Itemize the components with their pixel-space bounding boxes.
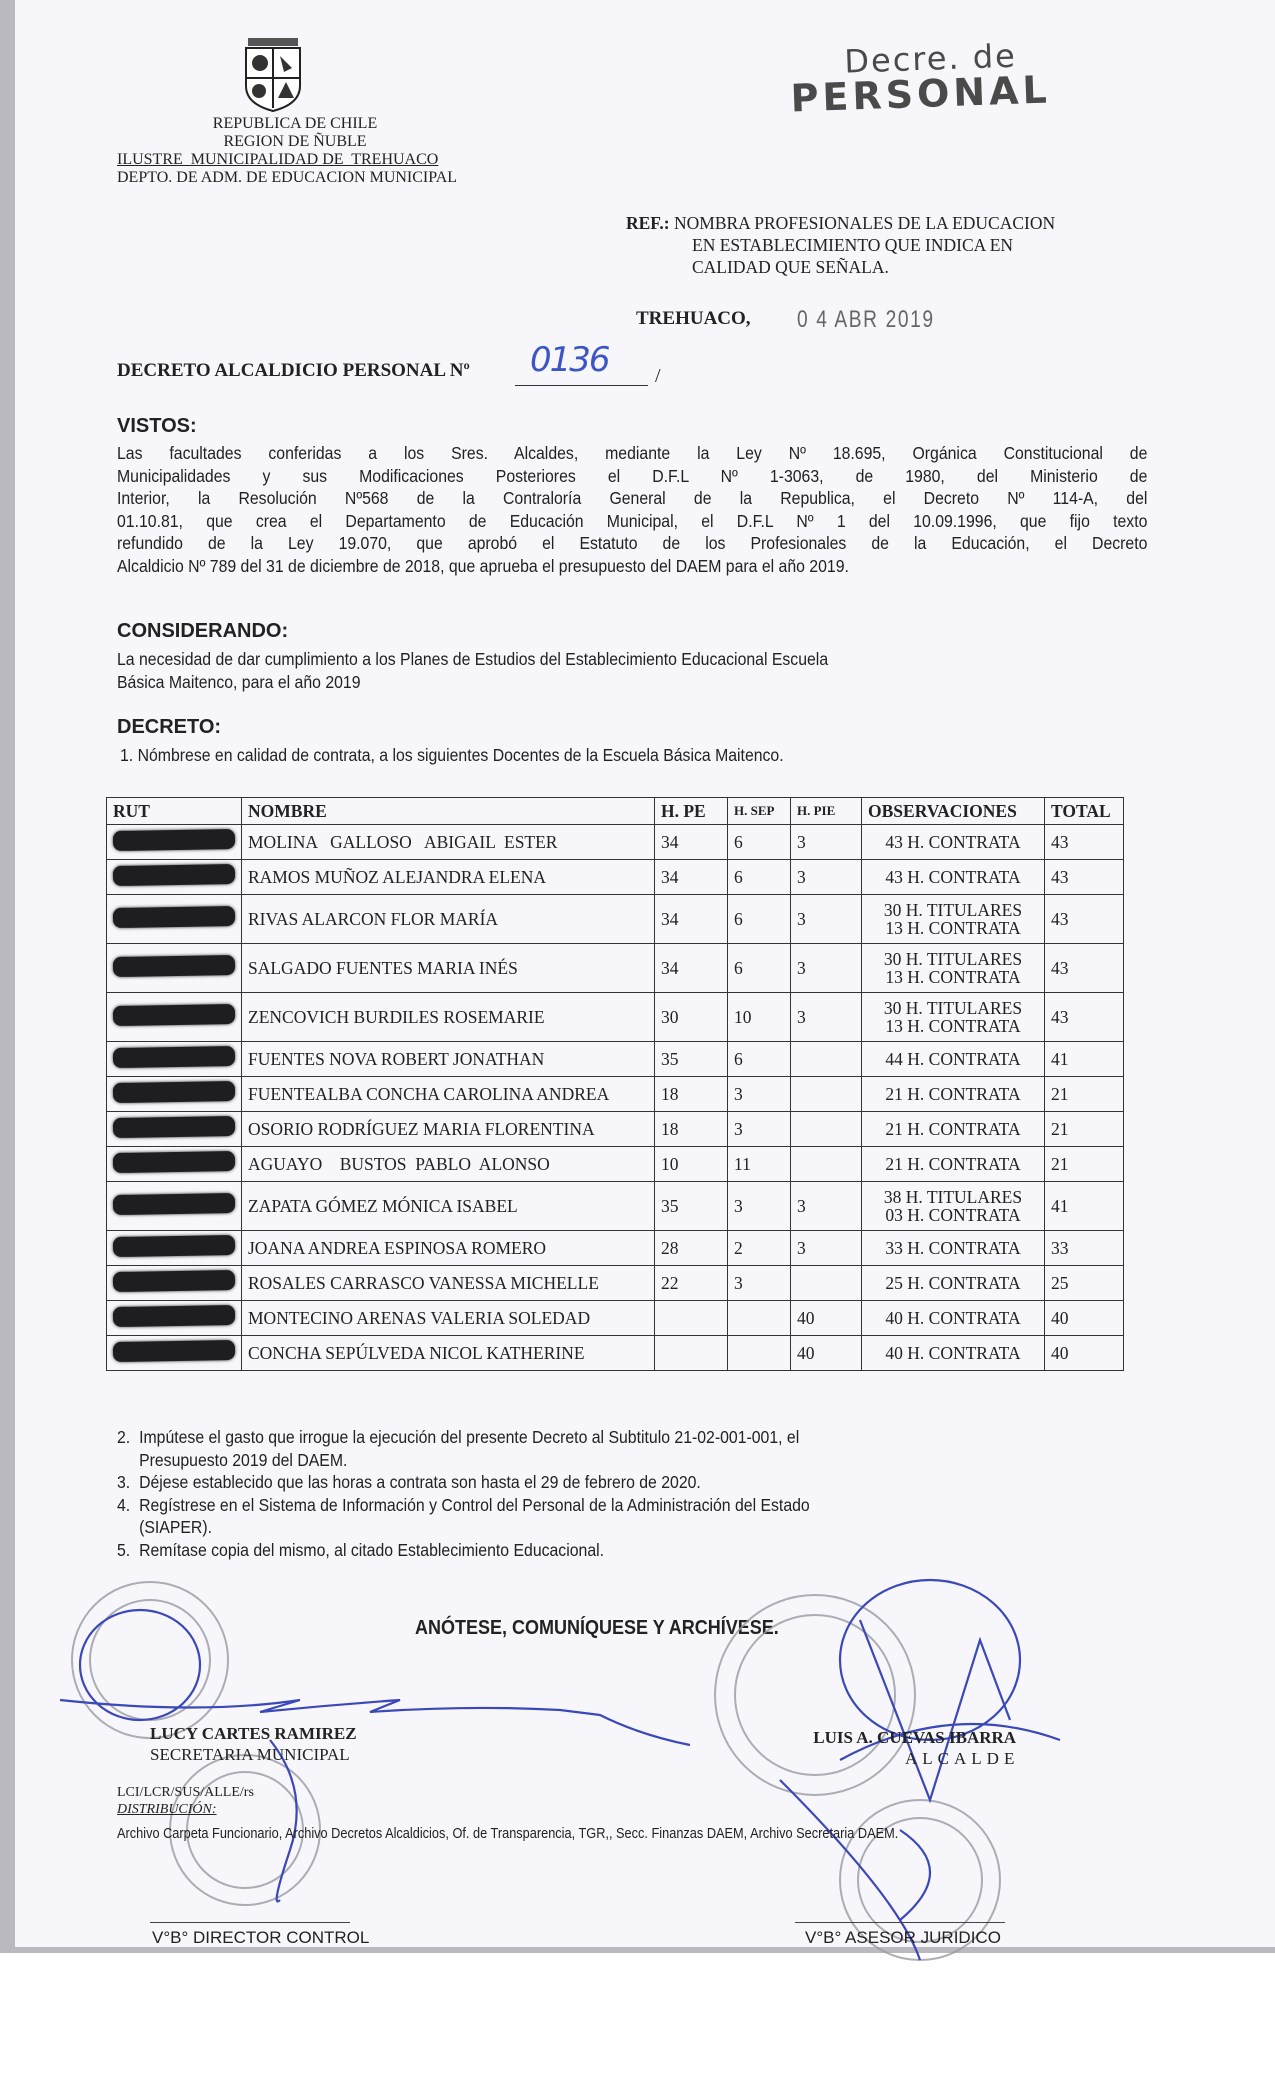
- ref-line3: CALIDAD QUE SEÑALA.: [626, 256, 1055, 278]
- header-municipality: ILUSTRE MUNICIPALIDAD DE TREHUACO: [117, 151, 438, 169]
- total-cell: 41: [1045, 1182, 1124, 1231]
- h-pie-cell: [791, 1147, 862, 1182]
- redaction-mark: [113, 828, 235, 850]
- observacion-line: 30 H. TITULARES: [868, 999, 1038, 1017]
- total-cell: 33: [1045, 1231, 1124, 1266]
- observacion-line: 33 H. CONTRATA: [868, 1239, 1038, 1257]
- h-sep-cell: 6: [728, 895, 791, 944]
- considerando-line: La necesidad de dar cumplimiento a los P…: [117, 648, 1157, 671]
- vistos-line: 01.10.81, que crea el Departamento de Ed…: [117, 510, 1147, 533]
- rut-cell: [107, 1042, 242, 1077]
- decree-number-line: [515, 385, 648, 386]
- table-header-row: RUT NOMBRE H. PE H. SEP H. PIE OBSERVACI…: [107, 798, 1124, 825]
- item-text: (SIAPER).: [139, 1516, 810, 1539]
- observaciones-cell: 30 H. TITULARES13 H. CONTRATA: [862, 993, 1045, 1042]
- distribution-list: Archivo Carpeta Funcionario, Archivo Dec…: [117, 1826, 898, 1842]
- rut-cell: [107, 1182, 242, 1231]
- table-row: ZAPATA GÓMEZ MÓNICA ISABEL353338 H. TITU…: [107, 1182, 1124, 1231]
- name-cell: ZENCOVICH BURDILES ROSEMARIE: [242, 993, 655, 1042]
- observacion-line: 03 H. CONTRATA: [868, 1206, 1038, 1224]
- h-pe-cell: 35: [655, 1042, 728, 1077]
- name-cell: RAMOS MUÑOZ ALEJANDRA ELENA: [242, 860, 655, 895]
- decree-number: 0136: [530, 340, 609, 380]
- observaciones-cell: 43 H. CONTRATA: [862, 825, 1045, 860]
- name-cell: OSORIO RODRÍGUEZ MARIA FLORENTINA: [242, 1112, 655, 1147]
- col-h-pe: H. PE: [655, 798, 728, 825]
- initials: LCI/LCR/SUS/ALLE/rs: [117, 1785, 254, 1801]
- h-pie-cell: 3: [791, 895, 862, 944]
- h-sep-cell: 6: [728, 1042, 791, 1077]
- observacion-line: 13 H. CONTRATA: [868, 1017, 1038, 1035]
- observacion-line: 43 H. CONTRATA: [868, 833, 1038, 851]
- item-number: 2.: [117, 1426, 139, 1471]
- h-sep-cell: 3: [728, 1182, 791, 1231]
- total-cell: 40: [1045, 1336, 1124, 1371]
- ref-line1: NOMBRA PROFESIONALES DE LA EDUCACION: [674, 213, 1055, 233]
- rut-cell: [107, 1336, 242, 1371]
- item-text: Remítase copia del mismo, al citado Esta…: [139, 1539, 604, 1562]
- rut-cell: [107, 825, 242, 860]
- table-row: AGUAYO BUSTOS PABLO ALONSO101121 H. CONT…: [107, 1147, 1124, 1182]
- rut-cell: [107, 1147, 242, 1182]
- h-sep-cell: 10: [728, 993, 791, 1042]
- name-cell: AGUAYO BUSTOS PABLO ALONSO: [242, 1147, 655, 1182]
- stamp-line2: PERSONAL: [790, 67, 1052, 120]
- h-pe-cell: 28: [655, 1231, 728, 1266]
- h-pie-cell: [791, 1266, 862, 1301]
- total-cell: 21: [1045, 1112, 1124, 1147]
- name-cell: RIVAS ALARCON FLOR MARÍA: [242, 895, 655, 944]
- rut-cell: [107, 1112, 242, 1147]
- table-row: CONCHA SEPÚLVEDA NICOL KATHERINE4040 H. …: [107, 1336, 1124, 1371]
- observaciones-cell: 33 H. CONTRATA: [862, 1231, 1045, 1266]
- vistos-title: VISTOS:: [117, 415, 197, 438]
- considerando-body: La necesidad de dar cumplimiento a los P…: [117, 648, 1157, 693]
- observaciones-cell: 43 H. CONTRATA: [862, 860, 1045, 895]
- director-control-line: [150, 1922, 350, 1923]
- redaction-mark: [113, 1269, 235, 1291]
- observacion-line: 43 H. CONTRATA: [868, 868, 1038, 886]
- total-cell: 40: [1045, 1301, 1124, 1336]
- redaction-mark: [113, 1339, 235, 1361]
- observaciones-cell: 40 H. CONTRATA: [862, 1336, 1045, 1371]
- observacion-line: 40 H. CONTRATA: [868, 1309, 1038, 1327]
- h-sep-cell: [728, 1301, 791, 1336]
- table-row: MOLINA GALLOSO ABIGAIL ESTER346343 H. CO…: [107, 825, 1124, 860]
- observaciones-cell: 21 H. CONTRATA: [862, 1147, 1045, 1182]
- redaction-mark: [113, 954, 235, 976]
- h-sep-cell: 3: [728, 1112, 791, 1147]
- h-pie-cell: 3: [791, 860, 862, 895]
- closing-formula: ANÓTESE, COMUNÍQUESE Y ARCHÍVESE.: [415, 1617, 779, 1640]
- header-department: DEPTO. DE ADM. DE EDUCACION MUNICIPAL: [117, 169, 457, 187]
- observaciones-cell: 21 H. CONTRATA: [862, 1112, 1045, 1147]
- total-cell: 21: [1045, 1077, 1124, 1112]
- h-pie-cell: [791, 1112, 862, 1147]
- considerando-line: Básica Maitenco, para el año 2019: [117, 671, 1157, 694]
- item-text: Déjese establecido que las horas a contr…: [139, 1471, 701, 1494]
- table-row: OSORIO RODRÍGUEZ MARIA FLORENTINA18321 H…: [107, 1112, 1124, 1147]
- name-cell: ZAPATA GÓMEZ MÓNICA ISABEL: [242, 1182, 655, 1231]
- observacion-line: 44 H. CONTRATA: [868, 1050, 1038, 1068]
- vistos-body: Las facultades conferidas a los Sres. Al…: [117, 442, 1147, 578]
- item-number: 5.: [117, 1539, 139, 1562]
- observaciones-cell: 25 H. CONTRATA: [862, 1266, 1045, 1301]
- h-pe-cell: 35: [655, 1182, 728, 1231]
- rut-cell: [107, 993, 242, 1042]
- item-number: 4.: [117, 1494, 139, 1539]
- total-cell: 41: [1045, 1042, 1124, 1077]
- vistos-line: Las facultades conferidas a los Sres. Al…: [117, 442, 1147, 465]
- secretary-name: LUCY CARTES RAMIREZ: [150, 1723, 357, 1744]
- table-row: ZENCOVICH BURDILES ROSEMARIE3010330 H. T…: [107, 993, 1124, 1042]
- observacion-line: 30 H. TITULARES: [868, 950, 1038, 968]
- mayor-signature-block: LUIS A. CUEVAS IBARRA ALCALDE: [810, 1727, 1019, 1769]
- h-sep-cell: 3: [728, 1266, 791, 1301]
- item-text: Presupuesto 2019 del DAEM.: [139, 1449, 799, 1472]
- col-h-pie: H. PIE: [791, 798, 862, 825]
- h-pe-cell: 34: [655, 895, 728, 944]
- item-number: 3.: [117, 1471, 139, 1494]
- name-cell: FUENTES NOVA ROBERT JONATHAN: [242, 1042, 655, 1077]
- h-pie-cell: [791, 1077, 862, 1112]
- h-pe-cell: 18: [655, 1112, 728, 1147]
- total-cell: 21: [1045, 1147, 1124, 1182]
- h-pie-cell: 3: [791, 1182, 862, 1231]
- rut-cell: [107, 1077, 242, 1112]
- total-cell: 43: [1045, 993, 1124, 1042]
- h-sep-cell: 11: [728, 1147, 791, 1182]
- table-row: ROSALES CARRASCO VANESSA MICHELLE22325 H…: [107, 1266, 1124, 1301]
- observaciones-cell: 38 H. TITULARES03 H. CONTRATA: [862, 1182, 1045, 1231]
- vistos-line: Interior, la Resolución Nº568 de la Cont…: [117, 487, 1147, 510]
- vistos-line: refundido de la Ley 19.070, que aprobó e…: [117, 532, 1147, 555]
- h-pe-cell: [655, 1301, 728, 1336]
- observacion-line: 13 H. CONTRATA: [868, 968, 1038, 986]
- redaction-mark: [113, 905, 235, 927]
- decree-item-5: 5.Remítase copia del mismo, al citado Es…: [117, 1539, 1037, 1562]
- table-row: RAMOS MUÑOZ ALEJANDRA ELENA346343 H. CON…: [107, 860, 1124, 895]
- mayor-name: LUIS A. CUEVAS IBARRA: [810, 1727, 1019, 1748]
- h-pe-cell: 34: [655, 860, 728, 895]
- table-row: FUENTES NOVA ROBERT JONATHAN35644 H. CON…: [107, 1042, 1124, 1077]
- vistos-line: Alcaldicio Nº 789 del 31 de diciembre de…: [117, 555, 1147, 578]
- h-sep-cell: 6: [728, 860, 791, 895]
- col-nombre: NOMBRE: [242, 798, 655, 825]
- decree-suffix: /: [655, 365, 661, 388]
- h-sep-cell: [728, 1336, 791, 1371]
- decreto-item-1: 1. Nómbrese en calidad de contrata, a lo…: [120, 744, 1132, 767]
- table-row: FUENTEALBA CONCHA CAROLINA ANDREA18321 H…: [107, 1077, 1124, 1112]
- observacion-line: 40 H. CONTRATA: [868, 1344, 1038, 1362]
- rut-cell: [107, 944, 242, 993]
- approval-asesor-juridico: V°B° ASESOR JURIDICO: [805, 1928, 1001, 1948]
- coat-of-arms-icon: [240, 38, 306, 112]
- considerando-title: CONSIDERANDO:: [117, 620, 288, 643]
- redaction-mark: [113, 863, 235, 885]
- h-pie-cell: 3: [791, 1231, 862, 1266]
- table-row: JOANA ANDREA ESPINOSA ROMERO282333 H. CO…: [107, 1231, 1124, 1266]
- date-stamp: 0 4 ABR 2019: [797, 306, 935, 334]
- approval-director-control: V°B° DIRECTOR CONTROL: [152, 1928, 369, 1948]
- asesor-juridico-line: [795, 1922, 1005, 1923]
- h-pe-cell: [655, 1336, 728, 1371]
- ref-line2: EN ESTABLECIMIENTO QUE INDICA EN: [626, 234, 1055, 256]
- rut-cell: [107, 895, 242, 944]
- name-cell: FUENTEALBA CONCHA CAROLINA ANDREA: [242, 1077, 655, 1112]
- observaciones-cell: 30 H. TITULARES13 H. CONTRATA: [862, 895, 1045, 944]
- h-sep-cell: 3: [728, 1077, 791, 1112]
- item-text: Impútese el gasto que irrogue la ejecuci…: [139, 1426, 799, 1449]
- observacion-line: 38 H. TITULARES: [868, 1188, 1038, 1206]
- observacion-line: 21 H. CONTRATA: [868, 1155, 1038, 1173]
- decree-item-2: 2.Impútese el gasto que irrogue la ejecu…: [117, 1426, 1037, 1471]
- item-text: Regístrese en el Sistema de Información …: [139, 1494, 810, 1517]
- decree-item-4: 4.Regístrese en el Sistema de Informació…: [117, 1494, 1037, 1539]
- decree-item-3: 3.Déjese establecido que las horas a con…: [117, 1471, 1037, 1494]
- h-pe-cell: 22: [655, 1266, 728, 1301]
- h-pe-cell: 30: [655, 993, 728, 1042]
- h-pe-cell: 34: [655, 825, 728, 860]
- redaction-mark: [113, 1003, 235, 1025]
- redaction-mark: [113, 1150, 235, 1172]
- h-pie-cell: 40: [791, 1336, 862, 1371]
- h-pe-cell: 34: [655, 944, 728, 993]
- h-pie-cell: 3: [791, 993, 862, 1042]
- redaction-mark: [113, 1115, 235, 1137]
- name-cell: MOLINA GALLOSO ABIGAIL ESTER: [242, 825, 655, 860]
- ref-label: REF.:: [626, 213, 670, 233]
- name-cell: SALGADO FUENTES MARIA INÉS: [242, 944, 655, 993]
- name-cell: CONCHA SEPÚLVEDA NICOL KATHERINE: [242, 1336, 655, 1371]
- personal-stamp: Decre. de PERSONAL: [789, 35, 1052, 120]
- teachers-table: RUT NOMBRE H. PE H. SEP H. PIE OBSERVACI…: [106, 797, 1124, 1371]
- vistos-line: Municipalidades y sus Modificaciones Pos…: [117, 465, 1147, 488]
- redaction-mark: [113, 1192, 235, 1214]
- observacion-line: 25 H. CONTRATA: [868, 1274, 1038, 1292]
- col-rut: RUT: [107, 798, 242, 825]
- h-sep-cell: 6: [728, 944, 791, 993]
- observacion-line: 30 H. TITULARES: [868, 901, 1038, 919]
- redaction-mark: [113, 1080, 235, 1102]
- h-pie-cell: 3: [791, 825, 862, 860]
- rut-cell: [107, 1231, 242, 1266]
- col-h-sep: H. SEP: [728, 798, 791, 825]
- decree-items: 2.Impútese el gasto que irrogue la ejecu…: [117, 1426, 1037, 1562]
- observaciones-cell: 40 H. CONTRATA: [862, 1301, 1045, 1336]
- distribution-label: DISTRIBUCIÓN:: [117, 1802, 217, 1818]
- table-row: RIVAS ALARCON FLOR MARÍA346330 H. TITULA…: [107, 895, 1124, 944]
- rut-cell: [107, 1266, 242, 1301]
- total-cell: 43: [1045, 895, 1124, 944]
- reference-block: REF.: NOMBRA PROFESIONALES DE LA EDUCACI…: [626, 212, 1055, 278]
- header-region: REGION DE ÑUBLE: [120, 133, 470, 151]
- rut-cell: [107, 1301, 242, 1336]
- total-cell: 43: [1045, 944, 1124, 993]
- mayor-role: ALCALDE: [810, 1748, 1019, 1769]
- observaciones-cell: 21 H. CONTRATA: [862, 1077, 1045, 1112]
- decreto-title: DECRETO:: [117, 716, 221, 739]
- secretary-role: SECRETARIA MUNICIPAL: [150, 1744, 357, 1765]
- h-pe-cell: 10: [655, 1147, 728, 1182]
- header-country: REPUBLICA DE CHILE: [120, 115, 470, 133]
- decree-label: DECRETO ALCALDICIO PERSONAL Nº: [117, 360, 470, 382]
- h-pie-cell: 3: [791, 944, 862, 993]
- name-cell: MONTECINO ARENAS VALERIA SOLEDAD: [242, 1301, 655, 1336]
- table-row: SALGADO FUENTES MARIA INÉS346330 H. TITU…: [107, 944, 1124, 993]
- table-row: MONTECINO ARENAS VALERIA SOLEDAD4040 H. …: [107, 1301, 1124, 1336]
- col-observaciones: OBSERVACIONES: [862, 798, 1045, 825]
- secretary-signature-block: LUCY CARTES RAMIREZ SECRETARIA MUNICIPAL: [150, 1723, 357, 1765]
- rut-cell: [107, 860, 242, 895]
- name-cell: ROSALES CARRASCO VANESSA MICHELLE: [242, 1266, 655, 1301]
- observacion-line: 21 H. CONTRATA: [868, 1120, 1038, 1138]
- redaction-mark: [113, 1304, 235, 1326]
- h-pe-cell: 18: [655, 1077, 728, 1112]
- observaciones-cell: 30 H. TITULARES13 H. CONTRATA: [862, 944, 1045, 993]
- col-total: TOTAL: [1045, 798, 1124, 825]
- observacion-line: 21 H. CONTRATA: [868, 1085, 1038, 1103]
- total-cell: 25: [1045, 1266, 1124, 1301]
- total-cell: 43: [1045, 825, 1124, 860]
- h-sep-cell: 2: [728, 1231, 791, 1266]
- place-label: TREHUACO,: [636, 308, 751, 330]
- observacion-line: 13 H. CONTRATA: [868, 919, 1038, 937]
- redaction-mark: [113, 1234, 235, 1256]
- redaction-mark: [113, 1045, 235, 1067]
- h-pie-cell: 40: [791, 1301, 862, 1336]
- h-pie-cell: [791, 1042, 862, 1077]
- total-cell: 43: [1045, 860, 1124, 895]
- h-sep-cell: 6: [728, 825, 791, 860]
- observaciones-cell: 44 H. CONTRATA: [862, 1042, 1045, 1077]
- name-cell: JOANA ANDREA ESPINOSA ROMERO: [242, 1231, 655, 1266]
